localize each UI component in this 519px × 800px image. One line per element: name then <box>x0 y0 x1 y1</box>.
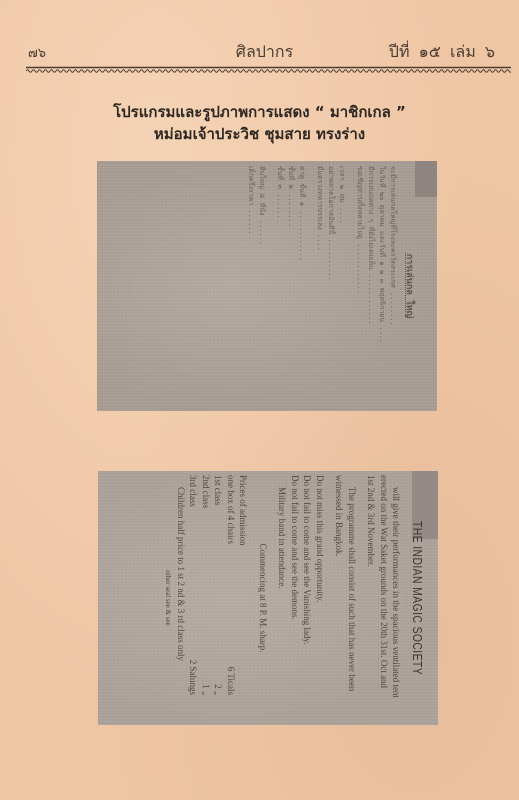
prices-heading: Prices of admission <box>237 475 250 721</box>
photo-english-programme: THE INDIAN MAGIC SOCIETY will give their… <box>98 471 438 725</box>
thai-programme-line <box>308 166 315 406</box>
programme-line: The programme shall consist of such that… <box>346 475 359 721</box>
price-row: 2nd class1 „ <box>200 475 213 721</box>
programme-line: witnessed in Bangkok. <box>333 475 346 721</box>
price-label: 2nd class <box>200 475 213 508</box>
thai-programme-text: การเล่นกล ใหญ่ จะมีการเล่นกลใหญ่ที่โรงละ… <box>102 166 432 406</box>
thai-programme-line: หีบใหญ่ ๔ ที่นั่ง ...... <box>257 166 267 406</box>
programme-line: 1st 2nd & 3rd November. <box>365 475 378 721</box>
programme-paragraph-1: will give their performances in the spac… <box>365 475 403 721</box>
thai-programme-line: เด็กครึ่งราคา ...... <box>246 166 256 406</box>
programme-line: erected on the Wat Saket grounds on the … <box>378 475 391 721</box>
thai-programme-line: เวลา ๒ ทุ่ม .... <box>337 166 347 406</box>
thai-programme-line: มีแตรวงทหารบรรเลง .... <box>315 166 325 406</box>
thai-programme-line: ชั้นที่ ๓ ...... <box>275 166 285 406</box>
thai-programme-line <box>348 166 355 406</box>
thai-programme-line <box>268 166 275 406</box>
band-line: Military band in attendance. <box>276 475 289 721</box>
price-row: one box of 4 chairs6 Ticals <box>225 475 238 721</box>
price-label: 1st class <box>212 475 225 505</box>
thai-programme-line: ค่าดู ชั้นที่ ๑ ............ <box>297 166 307 406</box>
programme-line: will give their performances in the spac… <box>390 475 403 721</box>
wavy-rule-divider <box>26 66 511 74</box>
price-value: 2 Salungs <box>187 660 200 695</box>
english-programme-text: THE INDIAN MAGIC SOCIETY will give their… <box>103 475 433 721</box>
thai-programme-line: ชั้นที่ ๒ ........ <box>286 166 296 406</box>
running-header: ๗๖ ศิลปากร ปีที่ ๑๕ เล่ม ๖ <box>28 40 501 62</box>
caption-line-1: โปรแกรมและรูปภาพการแสดง “ มาชิกเกล ” <box>0 101 519 123</box>
children-line: Children half price to 1 st 2 nd & 3 rd … <box>175 475 188 721</box>
issue-label: ปีที่ ๑๕ เล่ม ๖ <box>389 40 495 65</box>
price-value: 6 Ticals <box>225 667 238 695</box>
price-row: 3rd class2 Salungs <box>187 475 200 721</box>
figure-caption: โปรแกรมและรูปภาพการแสดง “ มาชิกเกล ” หม่… <box>0 101 519 145</box>
price-list: one box of 4 chairs6 Ticals1st class2 „2… <box>187 475 237 721</box>
thai-programme-line: มีการเล่นกลต่าง ๆ ที่ยังไม่เคยเห็น .....… <box>366 166 376 406</box>
programme-line: Do not fail to come and see the demons. <box>289 475 302 721</box>
price-value: 1 „ <box>200 684 213 695</box>
thai-programme-lines: จะมีการเล่นกลใหญ่ที่โรงละครวัดสระเกศ ...… <box>246 166 398 406</box>
thai-programme-heading: การเล่นกล ใหญ่ <box>404 166 414 406</box>
programme-line: Do not fail to come and see the Vanishin… <box>301 475 314 721</box>
caption-line-2: หม่อมเจ้าประวิช ชุมสาย ทรงร่าง <box>0 123 519 145</box>
thai-programme-line: ขอเชิญท่านทั้งหลายไปดู ............ <box>355 166 365 406</box>
price-value: 2 „ <box>212 684 225 695</box>
commencing-line: Commencing at 8 P. M. sharp. <box>257 475 270 721</box>
programme-paragraph-3: Do not miss this grand opportunity.Do no… <box>289 475 327 721</box>
price-label: one box of 4 chairs <box>225 475 238 544</box>
footer-line: other seal see & see <box>162 475 175 721</box>
price-label: 3rd class <box>187 475 200 507</box>
programme-paragraph-2: The programme shall consist of such that… <box>333 475 358 721</box>
programme-title: THE INDIAN MAGIC SOCIETY <box>411 500 424 697</box>
thai-programme-line: ในวันที่ ๒๐ ตุลาคม และวันที่ ๑ ๒ ๓ พฤศจิ… <box>377 166 387 406</box>
photo-thai-programme: การเล่นกล ใหญ่ จะมีการเล่นกลใหญ่ที่โรงละ… <box>97 161 437 411</box>
thai-programme-line: อย่าพลาดโอกาสอันดีนี้ .......... <box>326 166 336 406</box>
programme-line: Do not miss this grand opportunity. <box>314 475 327 721</box>
thai-programme-line: จะมีการเล่นกลใหญ่ที่โรงละครวัดสระเกศ ...… <box>388 166 398 406</box>
price-row: 1st class2 „ <box>212 475 225 721</box>
